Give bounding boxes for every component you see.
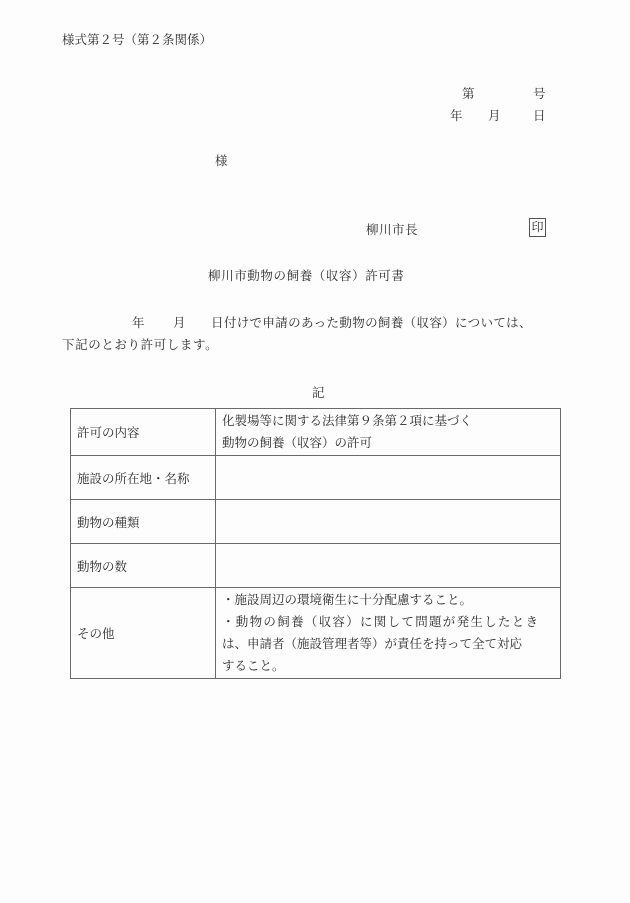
date-day-label: 日 bbox=[533, 106, 546, 124]
table-row: 施設の所在地・名称 bbox=[71, 456, 561, 500]
row-value-other: ・施設周辺の環境衛生に十分配慮すること。 ・動物の飼養（収容）に関して問題が発生… bbox=[216, 588, 561, 679]
row-value-animal-count[interactable] bbox=[216, 544, 561, 588]
document-number-suffix: 号 bbox=[533, 84, 546, 102]
body-year-label: 年 bbox=[132, 313, 145, 331]
row-label-animal-count: 動物の数 bbox=[71, 544, 216, 588]
body-paragraph-line2: 下記のとおり許可します。 bbox=[62, 335, 218, 353]
table-row: 許可の内容 化製場等に関する法律第９条第２項に基づく 動物の飼養（収容）の許可 bbox=[71, 409, 561, 456]
row-value-permit-content: 化製場等に関する法律第９条第２項に基づく 動物の飼養（収容）の許可 bbox=[216, 409, 561, 456]
body-text: 日付けで申請のあった動物の飼養（収容）については、 bbox=[211, 313, 532, 331]
row-label-facility-location: 施設の所在地・名称 bbox=[71, 456, 216, 500]
ki-heading: 記 bbox=[312, 383, 325, 401]
row-label-permit-content: 許可の内容 bbox=[71, 409, 216, 456]
issuer-name: 柳川市長 bbox=[366, 220, 418, 238]
table-row: 動物の数 bbox=[71, 544, 561, 588]
date-month-label: 月 bbox=[488, 106, 501, 124]
seal-stamp-icon: 印 bbox=[529, 218, 546, 237]
value-line: すること。 bbox=[222, 655, 554, 677]
form-number: 様式第２号（第２条関係） bbox=[62, 30, 212, 48]
table-row: その他 ・施設周辺の環境衛生に十分配慮すること。 ・動物の飼養（収容）に関して問… bbox=[71, 588, 561, 679]
document-title: 柳川市動物の飼養（収容）許可書 bbox=[208, 266, 405, 284]
row-value-animal-type[interactable] bbox=[216, 500, 561, 544]
value-line: ・施設周辺の環境衛生に十分配慮すること。 bbox=[222, 589, 554, 611]
body-month-label: 月 bbox=[173, 313, 186, 331]
value-line: 化製場等に関する法律第９条第２項に基づく bbox=[222, 410, 554, 432]
date-year-label: 年 bbox=[450, 106, 463, 124]
table-row: 動物の種類 bbox=[71, 500, 561, 544]
row-value-facility-location[interactable] bbox=[216, 456, 561, 500]
permit-details-table: 許可の内容 化製場等に関する法律第９条第２項に基づく 動物の飼養（収容）の許可 … bbox=[70, 408, 561, 679]
document-number-prefix: 第 bbox=[462, 84, 475, 102]
value-line: ・動物の飼養（収容）に関して問題が発生したとき bbox=[222, 611, 554, 633]
row-label-other: その他 bbox=[71, 588, 216, 679]
value-line: は、申請者（施設管理者等）が責任を持って全て対応 bbox=[222, 633, 554, 655]
addressee-honorific: 様 bbox=[215, 151, 228, 169]
value-line: 動物の飼養（収容）の許可 bbox=[222, 432, 554, 454]
row-label-animal-type: 動物の種類 bbox=[71, 500, 216, 544]
